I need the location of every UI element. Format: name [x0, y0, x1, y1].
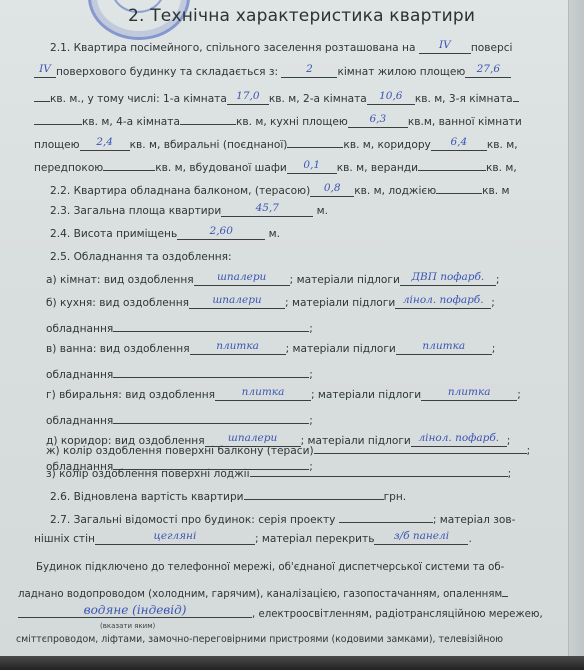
- balcony-color-field[interactable]: [314, 442, 527, 454]
- section-2-1-line-6: передпокоюкв. м, вбудованої шафи0,1кв. м…: [34, 159, 517, 174]
- room2-field[interactable]: 10,6: [367, 93, 415, 105]
- room1-field[interactable]: 17,0: [227, 93, 269, 105]
- room-label: б) кухня:: [46, 297, 96, 309]
- section-2-6: 2.6. Відновлена вартість квартиригрн.: [50, 488, 406, 503]
- finish-row: г) вбиральня: вид оздобленняплитка; мате…: [46, 389, 521, 401]
- label: кв. м,: [486, 162, 517, 174]
- loggia-color-field[interactable]: [250, 465, 508, 477]
- section-2-1-line-3: кв. м., у тому числі: 1-а кімната17,0кв.…: [34, 90, 519, 105]
- section-2-1-line-4: кв. м, 4-а кімнатакв. м, кухні площею6,3…: [34, 113, 522, 128]
- label: кв. м, 4-а кімната: [82, 116, 180, 128]
- section-2-5-heading: 2.5. Обладнання та оздоблення:: [50, 251, 232, 263]
- form-page: 2. Технічна характеристика квартири 2.1.…: [0, 0, 568, 662]
- label: кв. м: [482, 185, 509, 197]
- finish-row: в) ванна: вид оздобленняплитка; матеріал…: [46, 343, 495, 355]
- finish-field[interactable]: шпалери: [194, 274, 290, 286]
- floor-material-field[interactable]: лінол. пофарб.: [395, 297, 491, 309]
- finish-row: а) кімнат: вид оздобленняшпалери; матері…: [46, 274, 499, 286]
- finish-label: вид оздоблення: [99, 297, 189, 309]
- veranda-field[interactable]: [418, 159, 486, 171]
- blank-field[interactable]: [502, 585, 508, 597]
- finish-value: плитка: [216, 340, 259, 352]
- room-label: г) вбиральня:: [46, 389, 122, 401]
- closet-value: 0,1: [303, 159, 320, 171]
- label: кв. м, кухні площею: [236, 116, 348, 128]
- floor-label: ; матеріали підлоги: [311, 389, 421, 401]
- finish-label: вид оздоблення: [100, 343, 190, 355]
- section-2-1-line-5: площею2,4кв. м, вбиральні (поєднаної)кв.…: [34, 136, 518, 151]
- equipment-row: обладнання;: [46, 366, 313, 381]
- heating-hint: (вказати яким): [100, 622, 155, 630]
- wall-material-field[interactable]: цегляні: [95, 533, 255, 545]
- wall-material-value: цегляні: [154, 530, 197, 542]
- finish-value: шпалери: [212, 294, 261, 306]
- room-label: а) кімнат:: [46, 274, 100, 286]
- ceiling-material-value: з/б панелі: [394, 530, 449, 542]
- label: ; матеріал перекрить: [255, 533, 375, 545]
- label: 2.6. Відновлена вартість квартири: [50, 491, 244, 503]
- kitchen-value: 6,3: [369, 113, 386, 125]
- finish-field[interactable]: плитка: [190, 343, 286, 355]
- label: 2.3. Загальна площа квартири: [50, 205, 221, 217]
- label: 2.4. Висота приміщень: [50, 228, 177, 240]
- hallway-field[interactable]: [103, 159, 155, 171]
- equipment-row: обладнання;: [46, 320, 313, 335]
- label: ладнано водопроводом (холодним, гарячим)…: [18, 589, 502, 600]
- unit: грн.: [384, 491, 407, 503]
- heating-value: водяне (індевід): [84, 603, 187, 617]
- utilities-line-1: Будинок підключено до телефонної мережі,…: [36, 562, 504, 573]
- label: .: [468, 533, 471, 545]
- label: , електроосвітленням, радіотрансляційною…: [252, 609, 543, 620]
- section-title: 2. Технічна характеристика квартири: [128, 6, 475, 26]
- total-area-value: 45,7: [256, 202, 279, 214]
- label: нішніх стін: [34, 533, 95, 545]
- bathroom-value: 2,4: [96, 136, 113, 148]
- equipment-field[interactable]: [113, 412, 309, 424]
- section-2-3: 2.3. Загальна площа квартири45,7 м.: [50, 205, 328, 217]
- label: поверсі: [471, 42, 513, 54]
- finish-value: шпалери: [217, 271, 266, 283]
- unit: м.: [269, 228, 280, 240]
- balcony-color-row: ж) колір оздоблення поверхні балкону (те…: [46, 442, 530, 457]
- page-edge: [568, 0, 584, 662]
- ceiling-material-field[interactable]: з/б панелі: [374, 533, 468, 545]
- label: кв. м, вбудованої шафи: [155, 162, 287, 174]
- label: ж) колір оздоблення поверхні балкону (те…: [46, 445, 314, 457]
- utilities-line-2: ладнано водопроводом (холодним, гарячим)…: [18, 585, 508, 600]
- finish-row: б) кухня: вид оздобленняшпалери; матеріа…: [46, 297, 495, 309]
- closet-field[interactable]: 0,1: [287, 162, 337, 174]
- corridor-value: 6,4: [450, 136, 467, 148]
- equipment-label: обладнання: [46, 415, 113, 427]
- loggia-field[interactable]: [436, 182, 482, 194]
- floor-label: ; матеріали підлоги: [285, 297, 395, 309]
- finish-value: плитка: [242, 386, 285, 398]
- label: кв. м, коридору: [343, 139, 430, 151]
- section-2-1-line-1: 2.1. Квартира посімейного, спільного зас…: [50, 42, 513, 54]
- label: кімнат жилою площею: [337, 66, 465, 78]
- loggia-color-row: з) колір оздоблення поверхні лоджії;: [46, 465, 511, 480]
- floor-material-field[interactable]: плитка: [396, 343, 492, 355]
- photo-shadow: [0, 656, 584, 670]
- living-area-value: 27,6: [477, 63, 500, 75]
- floor-field[interactable]: IV: [419, 42, 471, 54]
- utilities-line-3: водяне (індевід), електроосвітленням, ра…: [18, 606, 543, 620]
- unit: м.: [317, 205, 328, 217]
- total-area-field[interactable]: 45,7: [221, 205, 313, 217]
- bathroom-field[interactable]: 2,4: [80, 139, 130, 151]
- room2-value: 10,6: [379, 90, 402, 102]
- room4-field[interactable]: [180, 113, 236, 125]
- finish-field[interactable]: шпалери: [189, 297, 285, 309]
- equipment-row: обладнання;: [46, 412, 313, 427]
- room1-value: 17,0: [236, 90, 259, 102]
- equipment-field[interactable]: [113, 320, 309, 332]
- floor-material-value: лінол. пофарб.: [403, 294, 484, 306]
- label: площею: [34, 139, 80, 151]
- floor-material-field[interactable]: ДВП пофарб.: [400, 274, 496, 286]
- section-2-2: 2.2. Квартира обладнана балконом, (терас…: [50, 182, 510, 197]
- finish-field[interactable]: плитка: [215, 389, 311, 401]
- label: 2.1. Квартира посімейного, спільного зас…: [50, 42, 415, 54]
- balcony-field[interactable]: 0,8: [310, 185, 354, 197]
- section-2-7-line-1: 2.7. Загальні відомості про будинок: сер…: [50, 511, 515, 526]
- label: кв. м, вбиральні (поєднаної): [130, 139, 288, 151]
- project-series-field[interactable]: [339, 511, 433, 523]
- label: кв. м., у тому числі: 1-а кімната: [50, 93, 227, 105]
- blank-field[interactable]: [34, 90, 50, 102]
- label: кв. м, 2-а кімната: [269, 93, 367, 105]
- height-field[interactable]: 2,60: [177, 228, 265, 240]
- rooms-value: 2: [306, 63, 313, 75]
- floor-label: ; матеріали підлоги: [290, 274, 400, 286]
- equipment-label: обладнання: [46, 369, 113, 381]
- living-area-field[interactable]: 27,6: [465, 66, 511, 78]
- kitchen-field[interactable]: 6,3: [348, 116, 408, 128]
- label: кв. м, веранди: [337, 162, 418, 174]
- label: кв. м, лоджією: [354, 185, 436, 197]
- section-2-1-line-2: IVповерхового будинку та складається з: …: [34, 66, 511, 78]
- label: кв. м, 3-я кімната: [415, 93, 513, 105]
- label: кв.м, ванної кімнати: [408, 116, 522, 128]
- label: 2.7. Загальні відомості про будинок: сер…: [50, 514, 335, 526]
- room3-field[interactable]: [513, 90, 519, 102]
- equipment-label: обладнання: [46, 323, 113, 335]
- heating-field[interactable]: водяне (індевід): [18, 606, 252, 618]
- label: поверхового будинку та складається з:: [56, 66, 278, 78]
- label: 2.2. Квартира обладнана балконом, (терас…: [50, 185, 310, 197]
- building-floors-field[interactable]: IV: [34, 66, 56, 78]
- room3-area-field[interactable]: [34, 113, 82, 125]
- floor-label: ; матеріали підлоги: [286, 343, 396, 355]
- label: з) колір оздоблення поверхні лоджії: [46, 468, 250, 480]
- floor-material-value: плитка: [422, 340, 465, 352]
- rooms-field[interactable]: 2: [281, 66, 337, 78]
- balcony-value: 0,8: [324, 182, 341, 194]
- finish-label: вид оздоблення: [125, 389, 215, 401]
- utilities-line-4: сміттєпроводом, ліфтами, замочно-перегов…: [16, 634, 503, 645]
- corridor-field[interactable]: 6,4: [431, 139, 487, 151]
- room-label: в) ванна:: [46, 343, 96, 355]
- height-value: 2,60: [210, 225, 233, 237]
- floor-material-value: ДВП пофарб.: [411, 271, 484, 283]
- floor-material-field[interactable]: плитка: [421, 389, 517, 401]
- equipment-field[interactable]: [113, 366, 309, 378]
- value-cost-field[interactable]: [244, 488, 384, 500]
- label: передпокою: [34, 162, 103, 174]
- label: кв. м,: [487, 139, 518, 151]
- finish-label: вид оздоблення: [104, 274, 194, 286]
- building-floors-value: IV: [39, 63, 51, 75]
- section-2-7-line-2: нішніх стінцегляні; матеріал перекритьз/…: [34, 533, 472, 545]
- floor-material-value: плитка: [448, 386, 491, 398]
- floor-value: IV: [439, 39, 451, 51]
- section-2-4: 2.4. Висота приміщень2,60 м.: [50, 228, 280, 240]
- label: ; матеріал зов-: [433, 514, 516, 526]
- toilet-field[interactable]: [287, 136, 343, 148]
